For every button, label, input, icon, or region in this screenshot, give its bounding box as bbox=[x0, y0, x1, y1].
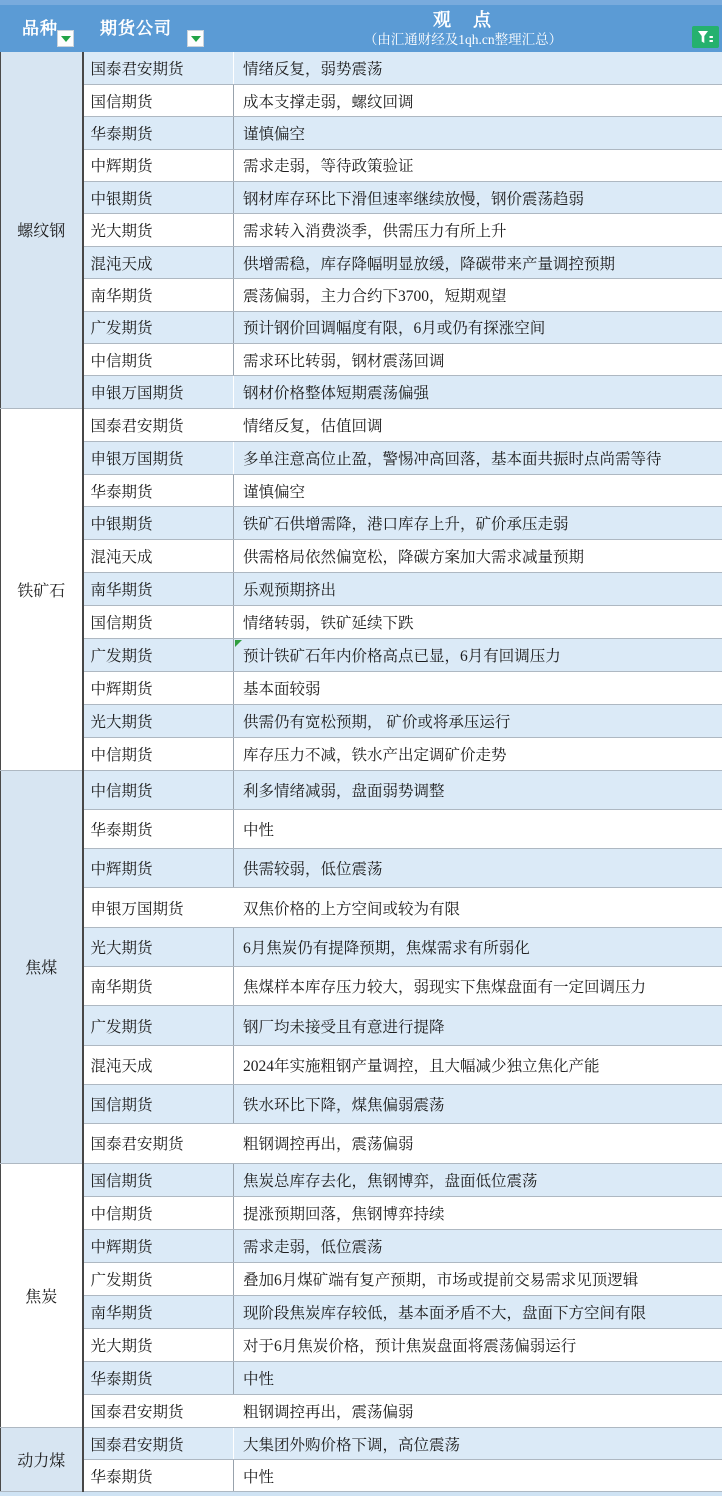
table-row: 申银万国期货双焦价格的上方空间或较为有限 bbox=[1, 888, 722, 927]
view-cell[interactable]: 谨慎偏空 bbox=[234, 474, 722, 507]
table-row: 广发期货预计钢价回调幅度有限，6月或仍有探涨空间 bbox=[1, 311, 722, 343]
company-cell[interactable]: 华泰期货 bbox=[83, 809, 234, 848]
view-cell[interactable]: 双焦价格的上方空间或较为有限 bbox=[234, 888, 722, 927]
view-cell[interactable]: 中性 bbox=[234, 1362, 722, 1395]
table-row: 南华期货乐观预期挤出 bbox=[1, 573, 722, 606]
company-cell[interactable]: 申银万国期货 bbox=[83, 376, 234, 408]
company-cell[interactable]: 中辉期货 bbox=[83, 149, 234, 181]
company-cell[interactable]: 国泰君安期货 bbox=[83, 1428, 234, 1460]
view-cell[interactable]: 提涨预期回落，焦钢博弈持续 bbox=[234, 1196, 722, 1229]
view-cell[interactable]: 利多情绪减弱，盘面弱势调整 bbox=[234, 770, 722, 809]
table-row: 中辉期货基本面较弱 bbox=[1, 671, 722, 704]
table-row: 国泰君安期货粗钢调控再出，震荡偏弱 bbox=[1, 1124, 722, 1163]
company-cell[interactable]: 光大期货 bbox=[83, 1329, 234, 1362]
table-row: 南华期货现阶段焦炭库存较低，基本面矛盾不大，盘面下方空间有限 bbox=[1, 1295, 722, 1328]
company-cell[interactable]: 华泰期货 bbox=[83, 1460, 234, 1492]
table-row: 国信期货情绪转弱，铁矿延续下跌 bbox=[1, 606, 722, 639]
table-row: 华泰期货谨慎偏空 bbox=[1, 117, 722, 149]
table-row: 光大期货6月焦炭仍有提降预期，焦煤需求有所弱化 bbox=[1, 927, 722, 966]
table-row: 国信期货铁水环比下降，煤焦偏弱震荡 bbox=[1, 1084, 722, 1123]
company-cell[interactable]: 光大期货 bbox=[83, 927, 234, 966]
table-row: 中银期货铁矿石供增需降，港口库存上升，矿价承压走弱 bbox=[1, 507, 722, 540]
view-cell[interactable]: 需求环比转弱，钢材震荡回调 bbox=[234, 344, 722, 376]
company-cell[interactable]: 南华期货 bbox=[83, 279, 234, 311]
company-cell[interactable]: 国信期货 bbox=[83, 1163, 234, 1196]
company-cell[interactable]: 申银万国期货 bbox=[83, 888, 234, 927]
table-row: 中银期货钢材库存环比下滑但速率继续放慢，钢价震荡趋弱 bbox=[1, 182, 722, 214]
view-cell[interactable]: 钢材库存环比下滑但速率继续放慢，钢价震荡趋弱 bbox=[234, 182, 722, 214]
company-cell[interactable]: 国泰君安期货 bbox=[83, 1124, 234, 1163]
company-cell[interactable]: 混沌天成 bbox=[83, 246, 234, 278]
table-row: 中信期货库存压力不减，铁水产出定调矿价走势 bbox=[1, 737, 722, 770]
table-row: 华泰期货中性 bbox=[1, 1460, 722, 1492]
view-cell[interactable]: 供需较弱，低位震荡 bbox=[234, 849, 722, 888]
view-cell[interactable]: 粗钢调控再出，震荡偏弱 bbox=[234, 1395, 722, 1428]
chevron-down-icon bbox=[191, 36, 201, 42]
table-row: 螺纹钢国泰君安期货情绪反复，弱势震荡 bbox=[1, 52, 722, 84]
table-row: 光大期货对于6月焦炭价格，预计焦炭盘面将震荡偏弱运行 bbox=[1, 1329, 722, 1362]
company-cell[interactable]: 广发期货 bbox=[83, 639, 234, 672]
variety-column-header: 品种 bbox=[22, 14, 58, 39]
table-row: 申银万国期货多单注意高位止盈，警惕冲高回落，基本面共振时点尚需等待 bbox=[1, 441, 722, 474]
view-cell[interactable]: 现阶段焦炭库存较低，基本面矛盾不大，盘面下方空间有限 bbox=[234, 1295, 722, 1328]
chevron-down-icon bbox=[61, 36, 71, 42]
view-cell[interactable]: 6月焦炭仍有提降预期，焦煤需求有所弱化 bbox=[234, 927, 722, 966]
view-cell[interactable]: 情绪反复，估值回调 bbox=[234, 408, 722, 441]
table-row: 中信期货提涨预期回落，焦钢博弈持续 bbox=[1, 1196, 722, 1229]
table-row: 南华期货震荡偏弱，主力合约下3700，短期观望 bbox=[1, 279, 722, 311]
table-row: 中辉期货供需较弱，低位震荡 bbox=[1, 849, 722, 888]
filter-funnel-icon[interactable] bbox=[692, 26, 719, 48]
table-row: 广发期货预计铁矿石年内价格高点已显，6月有回调压力 bbox=[1, 639, 722, 672]
company-cell[interactable]: 国信期货 bbox=[83, 1084, 234, 1123]
company-cell[interactable]: 国信期货 bbox=[83, 606, 234, 639]
company-cell[interactable]: 国泰君安期货 bbox=[83, 52, 234, 84]
view-cell[interactable]: 成本支撑走弱，螺纹回调 bbox=[234, 84, 722, 116]
company-cell[interactable]: 广发期货 bbox=[83, 311, 234, 343]
company-cell[interactable]: 混沌天成 bbox=[83, 540, 234, 573]
company-cell[interactable]: 国泰君安期货 bbox=[83, 1395, 234, 1428]
view-cell[interactable]: 叠加6月煤矿端有复产预期，市场或提前交易需求见顶逻辑 bbox=[234, 1262, 722, 1295]
company-cell[interactable]: 中辉期货 bbox=[83, 671, 234, 704]
view-cell[interactable]: 震荡偏弱，主力合约下3700，短期观望 bbox=[234, 279, 722, 311]
company-cell[interactable]: 中信期货 bbox=[83, 737, 234, 770]
opinion-table: 螺纹钢国泰君安期货情绪反复，弱势震荡国信期货成本支撑走弱，螺纹回调华泰期货谨慎偏… bbox=[0, 52, 722, 1492]
table-row: 华泰期货中性 bbox=[1, 809, 722, 848]
table-row: 广发期货钢厂均未接受且有意进行提降 bbox=[1, 1006, 722, 1045]
view-cell[interactable]: 大集团外购价格下调，高位震荡 bbox=[234, 1428, 722, 1460]
company-cell[interactable]: 国信期货 bbox=[83, 84, 234, 116]
company-cell[interactable]: 华泰期货 bbox=[83, 117, 234, 149]
variety-cell[interactable]: 焦煤 bbox=[1, 770, 83, 1163]
company-cell[interactable]: 中信期货 bbox=[83, 770, 234, 809]
view-cell[interactable]: 需求转入消费淡季，供需压力有所上升 bbox=[234, 214, 722, 246]
view-cell[interactable]: 铁水环比下降，煤焦偏弱震荡 bbox=[234, 1084, 722, 1123]
table-row: 混沌天成供需格局依然偏宽松，降碳方案加大需求减量预期 bbox=[1, 540, 722, 573]
table-row: 申银万国期货钢材价格整体短期震荡偏强 bbox=[1, 376, 722, 408]
company-cell[interactable]: 南华期货 bbox=[83, 1295, 234, 1328]
company-cell[interactable]: 光大期货 bbox=[83, 704, 234, 737]
variety-cell[interactable]: 焦炭 bbox=[1, 1163, 83, 1428]
table-row: 广发期货叠加6月煤矿端有复产预期，市场或提前交易需求见顶逻辑 bbox=[1, 1262, 722, 1295]
view-cell[interactable]: 2024年实施粗钢产量调控，且大幅减少独立焦化产能 bbox=[234, 1045, 722, 1084]
company-cell[interactable]: 混沌天成 bbox=[83, 1045, 234, 1084]
variety-cell[interactable]: 铁矿石 bbox=[1, 408, 83, 770]
table-row: 中信期货需求环比转弱，钢材震荡回调 bbox=[1, 344, 722, 376]
company-cell[interactable]: 光大期货 bbox=[83, 214, 234, 246]
company-cell[interactable]: 中银期货 bbox=[83, 507, 234, 540]
view-cell[interactable]: 需求走弱，等待政策验证 bbox=[234, 149, 722, 181]
view-cell[interactable]: 中性 bbox=[234, 1460, 722, 1492]
table-row: 动力煤国泰君安期货大集团外购价格下调，高位震荡 bbox=[1, 1428, 722, 1460]
table-row: 中辉期货需求走弱，等待政策验证 bbox=[1, 149, 722, 181]
variety-filter-dropdown[interactable] bbox=[57, 30, 74, 47]
company-column-header: 期货公司 bbox=[100, 14, 172, 39]
company-cell[interactable]: 中信期货 bbox=[83, 1196, 234, 1229]
table-row: 混沌天成2024年实施粗钢产量调控，且大幅减少独立焦化产能 bbox=[1, 1045, 722, 1084]
company-cell[interactable]: 中辉期货 bbox=[83, 849, 234, 888]
company-cell[interactable]: 南华期货 bbox=[83, 967, 234, 1006]
view-cell[interactable]: 供需格局依然偏宽松，降碳方案加大需求减量预期 bbox=[234, 540, 722, 573]
view-cell[interactable]: 供增需稳，库存降幅明显放缓，降碳带来产量调控预期 bbox=[234, 246, 722, 278]
view-cell[interactable]: 预计钢价回调幅度有限，6月或仍有探涨空间 bbox=[234, 311, 722, 343]
view-cell[interactable]: 对于6月焦炭价格，预计焦炭盘面将震荡偏弱运行 bbox=[234, 1329, 722, 1362]
company-cell[interactable]: 广发期货 bbox=[83, 1006, 234, 1045]
table-row: 光大期货需求转入消费淡季，供需压力有所上升 bbox=[1, 214, 722, 246]
table-row: 焦炭国信期货焦炭总库存去化，焦钢博弈，盘面低位震荡 bbox=[1, 1163, 722, 1196]
view-cell[interactable]: 库存压力不减，铁水产出定调矿价走势 bbox=[234, 737, 722, 770]
view-cell[interactable]: 情绪转弱，铁矿延续下跌 bbox=[234, 606, 722, 639]
table-header: 品种 期货公司 观 点 （由汇通财经及1qh.cn整理汇总） bbox=[0, 0, 722, 52]
company-cell[interactable]: 中信期货 bbox=[83, 344, 234, 376]
view-cell[interactable]: 乐观预期挤出 bbox=[234, 573, 722, 606]
view-cell[interactable]: 焦煤样本库存压力较大，弱现实下焦煤盘面有一定回调压力 bbox=[234, 967, 722, 1006]
view-cell[interactable]: 预计铁矿石年内价格高点已显，6月有回调压力 bbox=[234, 639, 722, 672]
view-cell[interactable]: 供需仍有宽松预期， 矿价或将承压运行 bbox=[234, 704, 722, 737]
company-cell[interactable]: 国泰君安期货 bbox=[83, 408, 234, 441]
view-cell[interactable]: 粗钢调控再出，震荡偏弱 bbox=[234, 1124, 722, 1163]
view-cell[interactable]: 中性 bbox=[234, 809, 722, 848]
table-row: 华泰期货中性 bbox=[1, 1362, 722, 1395]
company-cell[interactable]: 中银期货 bbox=[83, 182, 234, 214]
table-row: 焦煤中信期货利多情绪减弱，盘面弱势调整 bbox=[1, 770, 722, 809]
view-cell[interactable]: 焦炭总库存去化，焦钢博弈，盘面低位震荡 bbox=[234, 1163, 722, 1196]
view-cell[interactable]: 铁矿石供增需降，港口库存上升，矿价承压走弱 bbox=[234, 507, 722, 540]
variety-cell[interactable]: 螺纹钢 bbox=[1, 52, 83, 408]
next-row-peek bbox=[0, 1492, 722, 1496]
view-cell[interactable]: 需求走弱，低位震荡 bbox=[234, 1229, 722, 1262]
table-row: 南华期货焦煤样本库存压力较大，弱现实下焦煤盘面有一定回调压力 bbox=[1, 967, 722, 1006]
view-cell[interactable]: 谨慎偏空 bbox=[234, 117, 722, 149]
company-cell[interactable]: 华泰期货 bbox=[83, 474, 234, 507]
company-cell[interactable]: 广发期货 bbox=[83, 1262, 234, 1295]
view-cell[interactable]: 钢厂均未接受且有意进行提降 bbox=[234, 1006, 722, 1045]
funnel-glyph bbox=[697, 30, 714, 45]
table-row: 混沌天成供增需稳，库存降幅明显放缓，降碳带来产量调控预期 bbox=[1, 246, 722, 278]
table-row: 光大期货供需仍有宽松预期， 矿价或将承压运行 bbox=[1, 704, 722, 737]
view-column-header: 观 点 （由汇通财经及1qh.cn整理汇总） bbox=[233, 5, 693, 52]
company-filter-dropdown[interactable] bbox=[187, 30, 204, 47]
view-cell[interactable]: 基本面较弱 bbox=[234, 671, 722, 704]
view-cell[interactable]: 情绪反复，弱势震荡 bbox=[234, 52, 722, 84]
view-column-title: 观 点 bbox=[433, 9, 493, 31]
variety-cell[interactable]: 动力煤 bbox=[1, 1428, 83, 1492]
table-row: 国信期货成本支撑走弱，螺纹回调 bbox=[1, 84, 722, 116]
company-cell[interactable]: 南华期货 bbox=[83, 573, 234, 606]
table-row: 国泰君安期货粗钢调控再出，震荡偏弱 bbox=[1, 1395, 722, 1428]
company-cell[interactable]: 华泰期货 bbox=[83, 1362, 234, 1395]
table-row: 铁矿石国泰君安期货情绪反复，估值回调 bbox=[1, 408, 722, 441]
view-cell[interactable]: 钢材价格整体短期震荡偏强 bbox=[234, 376, 722, 408]
view-column-subtitle: （由汇通财经及1qh.cn整理汇总） bbox=[364, 31, 562, 48]
table-row: 华泰期货谨慎偏空 bbox=[1, 474, 722, 507]
company-cell[interactable]: 申银万国期货 bbox=[83, 441, 234, 474]
comment-indicator bbox=[235, 640, 242, 647]
view-cell[interactable]: 多单注意高位止盈，警惕冲高回落，基本面共振时点尚需等待 bbox=[234, 441, 722, 474]
table-row: 中辉期货需求走弱，低位震荡 bbox=[1, 1229, 722, 1262]
company-cell[interactable]: 中辉期货 bbox=[83, 1229, 234, 1262]
